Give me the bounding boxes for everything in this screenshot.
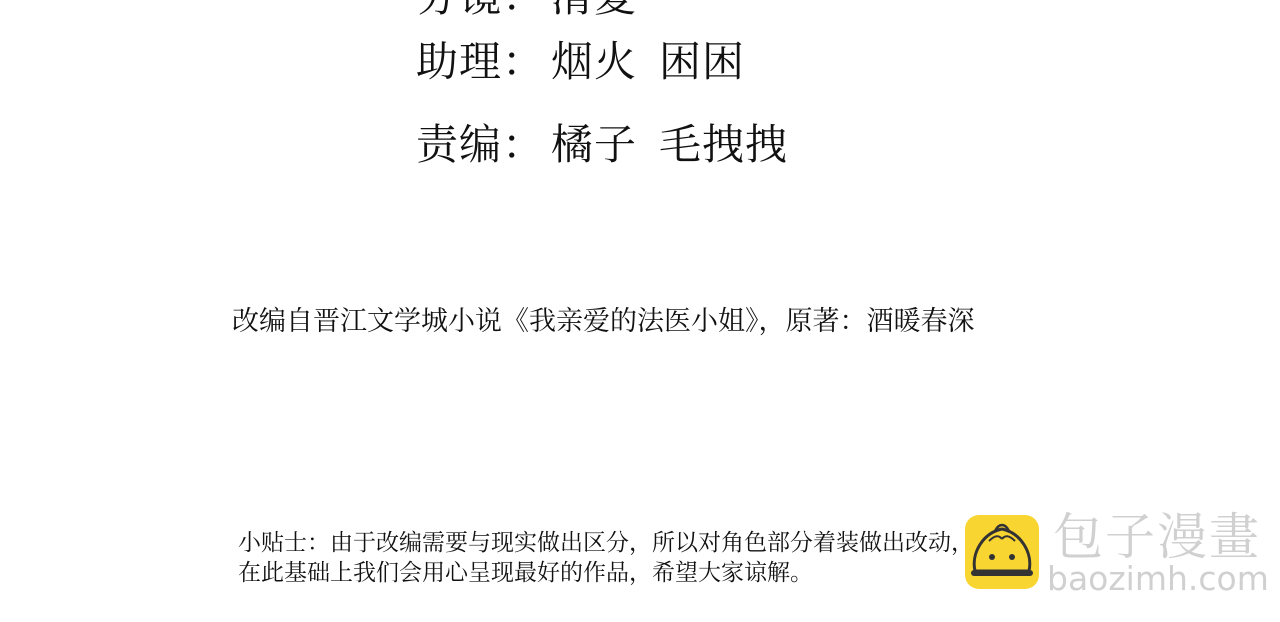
tip-line-2: 在此基础上我们会用心呈现最好的作品，希望大家谅解。 (238, 558, 974, 588)
credit-assistant: 助理：烟火困困 (416, 38, 767, 86)
credit-name: 烟火 (551, 37, 637, 86)
credit-label: 分镜： (416, 0, 545, 21)
watermark: 包子漫畫 baozimh.com (965, 515, 1255, 595)
tip-note: 小贴士：由于改编需要与现实做出区分，所以对角色部分着装做出改动， 在此基础上我们… (238, 528, 974, 588)
credit-label: 助理： (416, 37, 545, 86)
credit-editor: 责编：橘子毛拽拽 (416, 121, 810, 169)
credit-name: 毛拽拽 (659, 120, 788, 169)
credit-name: 困困 (659, 37, 745, 86)
watermark-title: 包子漫畫 (1053, 509, 1261, 565)
credit-name: 清夏 (551, 0, 637, 21)
baozi-logo-icon (965, 515, 1039, 589)
watermark-url: baozimh.com (1047, 561, 1269, 597)
tip-line-1: 小贴士：由于改编需要与现实做出区分，所以对角色部分着装做出改动， (238, 528, 974, 558)
credit-name: 橘子 (551, 120, 637, 169)
credit-storyboard: 分镜：清夏 (416, 0, 659, 21)
source-note: 改编自晋江文学城小说《我亲爱的法医小姐》，原著：酒暖春深 (232, 304, 975, 340)
credit-label: 责编： (416, 120, 545, 169)
